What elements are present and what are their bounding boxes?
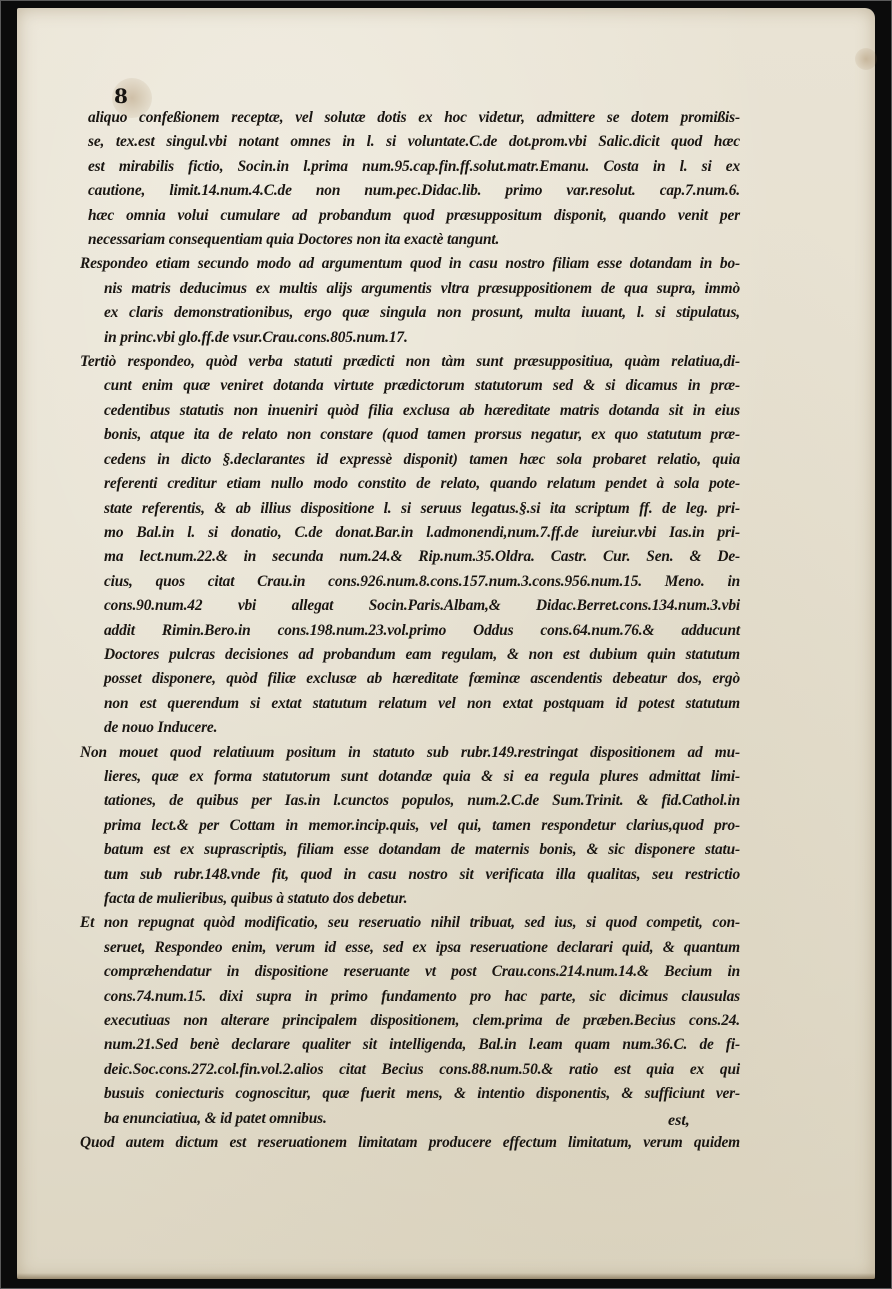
text-line: compræhendatur in dispositione reseruant… xyxy=(80,960,740,984)
text-line: non est querendum si extat statutum rela… xyxy=(80,692,740,716)
text-line: tum sub rubr.148.vnde fit, quod in casu … xyxy=(80,863,740,887)
text-line: est mirabilis fictio, Socin.in l.prima n… xyxy=(88,155,740,179)
text-line: busuis coniecturis cognoscitur, quæ fuer… xyxy=(80,1082,740,1106)
text-line: se, tex.est singul.vbi notant omnes in l… xyxy=(88,130,740,154)
text-line: necessariam consequentiam quia Doctores … xyxy=(88,228,740,252)
text-line: state referentis, & ab illius dispositio… xyxy=(80,497,740,521)
paragraph-4: Non mouet quod relatiuum positum in stat… xyxy=(80,741,740,912)
text-line: cautione, limit.14.num.4.C.de non num.pe… xyxy=(88,179,740,203)
text-line: batum est ex suprascriptis, filiam esse … xyxy=(80,838,740,862)
text-line: Doctores pulcras decisiones ad probandum… xyxy=(80,643,740,667)
catchword: est, xyxy=(668,1112,690,1130)
text-line: referenti creditur etiam nullo modo cons… xyxy=(80,472,740,496)
paragraph-1: aliquo confeßionem receptæ, vel solutæ d… xyxy=(88,106,740,252)
paragraph-5: Et non repugnat quòd modificatio, seu re… xyxy=(80,911,740,1131)
text-line: in princ.vbi glo.ff.de vsur.Crau.cons.80… xyxy=(80,326,740,350)
text-line: seruet, Respondeo enim, verum id esse, s… xyxy=(80,936,740,960)
text-line: bonis, atque ita de relato non constare … xyxy=(80,423,740,447)
text-line: cius, quos citat Crau.in cons.926.num.8.… xyxy=(80,570,740,594)
text-line: deic.Soc.cons.272.col.fin.vol.2.alios ci… xyxy=(80,1058,740,1082)
text-line: cedentibus statutis non inueniri quòd fi… xyxy=(80,399,740,423)
text-line: facta de mulieribus, quibus à statuto do… xyxy=(80,887,740,911)
text-line: tationes, de quibus per Ias.in l.cunctos… xyxy=(80,789,740,813)
paragraph-3: Tertiò respondeo, quòd verba statuti præ… xyxy=(80,350,740,741)
paper-stain xyxy=(855,48,877,70)
text-line: Quod autem dictum est reseruationem limi… xyxy=(80,1131,740,1155)
text-line: lieres, quæ ex forma statutorum sunt dot… xyxy=(80,765,740,789)
text-line: executiuas non alterare principalem disp… xyxy=(80,1009,740,1033)
paragraph-6: Quod autem dictum est reseruationem limi… xyxy=(80,1131,740,1155)
text-line: hæc omnia volui cumulare ad probandum qu… xyxy=(88,204,740,228)
text-line: posset disponere, quòd filiæ exclusæ ab … xyxy=(80,667,740,691)
paragraph-2: Respondeo etiam secundo modo ad argument… xyxy=(80,252,740,350)
text-line: Non mouet quod relatiuum positum in stat… xyxy=(80,741,740,765)
text-line: cons.74.num.15. dixi supra in primo fund… xyxy=(80,985,740,1009)
text-line: Et non repugnat quòd modificatio, seu re… xyxy=(80,911,740,935)
text-line: Tertiò respondeo, quòd verba statuti præ… xyxy=(80,350,740,374)
text-line: nis matris deducimus ex multis alijs arg… xyxy=(80,277,740,301)
text-line: cons.90.num.42 vbi allegat Socin.Paris.A… xyxy=(80,594,740,618)
text-line: ma lect.num.22.& in secunda num.24.& Rip… xyxy=(80,545,740,569)
text-line: Respondeo etiam secundo modo ad argument… xyxy=(80,252,740,276)
folio-number: 8 xyxy=(114,84,128,108)
text-line: ba enunciatiua, & id patet omnibus. xyxy=(80,1107,740,1131)
text-line: prima lect.& per Cottam in memor.incip.q… xyxy=(80,814,740,838)
text-line: num.21.Sed benè declarare qualiter sit i… xyxy=(80,1033,740,1057)
body-text: aliquo confeßionem receptæ, vel solutæ d… xyxy=(88,106,740,1155)
text-line: addit Rimin.Bero.in cons.198.num.23.vol.… xyxy=(80,619,740,643)
text-line: ex claris demonstrationibus, ergo quæ si… xyxy=(80,301,740,325)
text-line: cunt enim quæ veniret dotanda virtute pr… xyxy=(80,374,740,398)
text-line: cedens in dicto §.declarantes id express… xyxy=(80,448,740,472)
text-line: aliquo confeßionem receptæ, vel solutæ d… xyxy=(88,106,740,130)
text-line: de nouo Inducere. xyxy=(80,716,740,740)
text-line: mo Bal.in l. si donatio, C.de donat.Bar.… xyxy=(80,521,740,545)
